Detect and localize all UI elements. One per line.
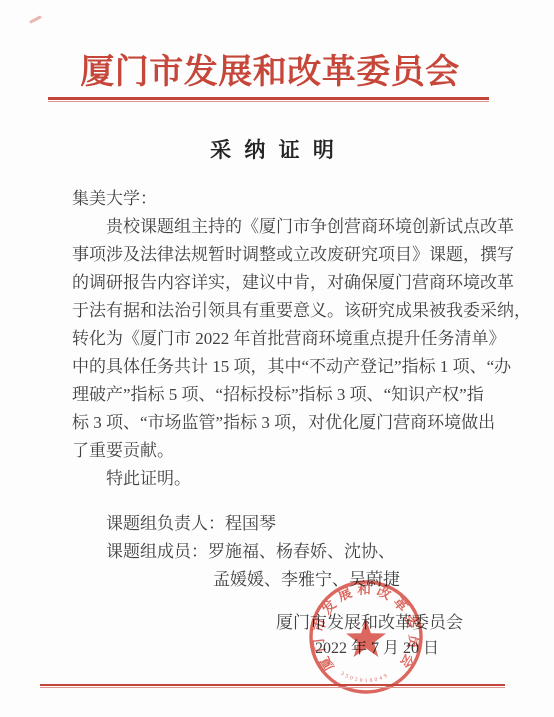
document-title: 采 纳 证 明 (0, 134, 548, 164)
seal-serial-number: 3502018049 (339, 671, 390, 684)
footer-divider (40, 684, 505, 688)
body-line: 事项涉及法律法规暂时调整或立改废研究项目》课题，撰写 (72, 241, 514, 269)
official-seal-stamp: 厦门市发展和改革委员会 3502018049 (306, 577, 426, 697)
body-line: 的调研报告内容详实，建议中肯，对确保厦门营商环境改革 (72, 269, 514, 297)
letter-body: 集美大学： 贵校课题组主持的《厦门市争创营商环境创新试点改革 事项涉及法律法规暂… (72, 185, 514, 594)
team-leader-line: 课题组负责人：程国琴 (72, 510, 514, 538)
body-line: 理破产”指标 5 项、“招标投标”指标 3 项、“知识产权”指 (72, 381, 514, 409)
seal-star-icon (346, 619, 386, 657)
body-line: 转化为《厦门市 2022 年首批营商环境重点提升任务清单》 (72, 325, 514, 353)
letterhead-divider (48, 97, 489, 102)
body-line: 了重要贡献。 (72, 437, 514, 465)
scan-artifact-mark (29, 15, 42, 24)
body-line: 贵校课题组主持的《厦门市争创营商环境创新试点改革 (72, 213, 514, 241)
body-line: 中的具体任务共计 15 项，其中“不动产登记”指标 1 项、“办 (72, 353, 514, 381)
team-members-continuation: 孟媛媛、李雅宁、吴蔚捷 (72, 566, 514, 594)
letterhead-org-name: 厦门市发展和改革委员会 (0, 44, 540, 93)
body-line: 标 3 项、“市场监管”指标 3 项，对优化厦门营商环境做出 (72, 409, 514, 437)
closing-line: 特此证明。 (72, 465, 514, 493)
document-page: 厦门市发展和改革委员会 采 纳 证 明 集美大学： 贵校课题组主持的《厦门市争创… (0, 0, 554, 717)
salutation: 集美大学： (72, 185, 514, 213)
team-members-line: 课题组成员：罗施福、杨春娇、沈协、 (72, 538, 514, 566)
svg-text:3502018049: 3502018049 (339, 671, 390, 684)
body-line: 于法有据和法治引领具有重要意义。该研究成果被我委采纳， (72, 297, 514, 325)
